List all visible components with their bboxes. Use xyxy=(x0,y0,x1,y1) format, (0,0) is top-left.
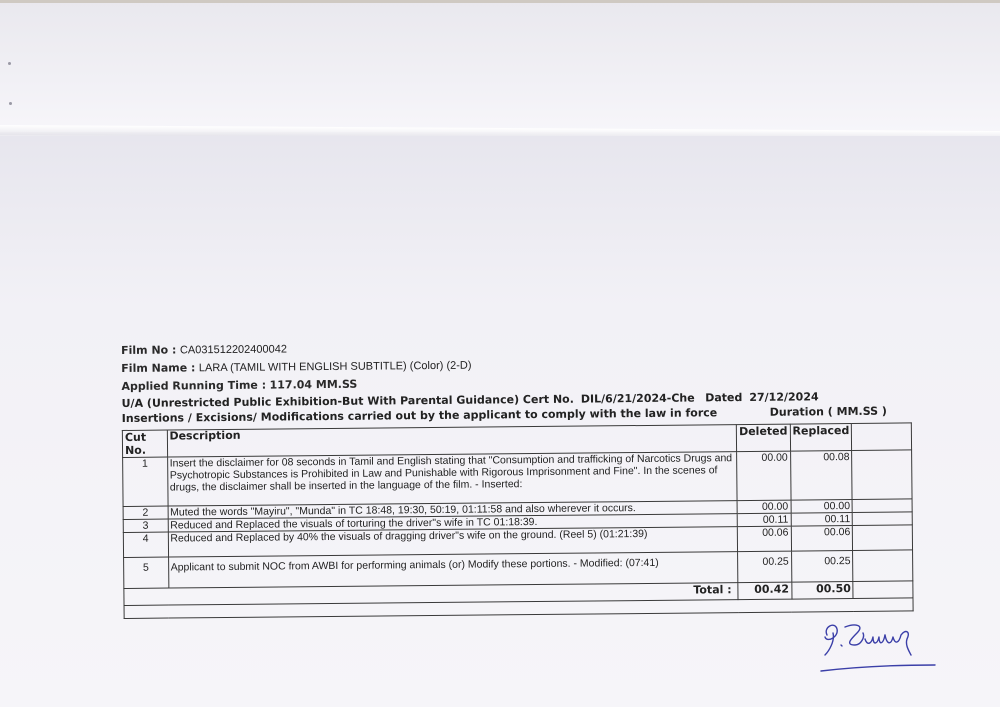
scan-speck xyxy=(9,102,12,105)
replaced-cell: 00.08 xyxy=(790,450,852,500)
replaced-cell: 00.25 xyxy=(791,550,853,582)
replaced-cell: 00.11 xyxy=(791,512,853,526)
film-no-value: CA031512202400042 xyxy=(180,343,287,356)
film-no-label: Film No : xyxy=(121,343,176,357)
running-time-label: Applied Running Time : xyxy=(121,379,266,393)
duration-heading: Duration ( MM.SS ) xyxy=(770,405,887,419)
cert-no-value: DIL/6/21/2024-Che xyxy=(581,391,695,405)
header-deleted: Deleted xyxy=(736,424,790,452)
cut-no-cell: 4 xyxy=(123,532,168,557)
empty-cell xyxy=(852,450,912,500)
description-cell: Insert the disclaimer for 08 seconds in … xyxy=(167,452,737,506)
total-deleted: 00.42 xyxy=(738,582,792,600)
replaced-cell: 00.00 xyxy=(791,499,853,513)
running-time-value: 117.04 MM.SS xyxy=(270,378,358,392)
dated-label: Dated xyxy=(705,391,742,404)
cut-no-cell: 1 xyxy=(123,457,168,506)
modifications-table: Cut No. Description Deleted Replaced 1 I… xyxy=(122,422,914,619)
header-empty xyxy=(852,423,912,451)
header-cut-no: Cut No. xyxy=(122,430,167,457)
cut-no-cell: 5 xyxy=(124,557,169,588)
film-name-value: LARA (TAMIL WITH ENGLISH SUBTITLE) (Colo… xyxy=(199,360,472,375)
scan-speck xyxy=(8,62,11,65)
deleted-cell: 00.25 xyxy=(738,551,792,583)
total-replaced: 00.50 xyxy=(791,581,853,599)
empty-cell xyxy=(853,581,913,599)
deleted-cell: 00.00 xyxy=(737,500,791,514)
cut-no-cell: 2 xyxy=(123,506,168,519)
film-name-label: Film Name : xyxy=(121,361,195,375)
table-row: 1 Insert the disclaimer for 08 seconds i… xyxy=(123,450,912,507)
signature-icon xyxy=(815,615,940,675)
deleted-cell: 00.11 xyxy=(737,513,791,527)
empty-cell xyxy=(853,550,913,582)
header-replaced: Replaced xyxy=(790,423,852,451)
dated-value: 27/12/2024 xyxy=(749,390,818,404)
empty-cell xyxy=(852,499,912,513)
certificate-modifications-section: Film No : CA031512202400042 Film Name : … xyxy=(121,334,924,619)
cut-no-cell: 3 xyxy=(123,519,168,532)
deleted-cell: 00.00 xyxy=(737,451,791,501)
deleted-cell: 00.06 xyxy=(737,526,791,552)
empty-cell xyxy=(853,512,913,526)
replaced-cell: 00.06 xyxy=(791,525,853,551)
scan-top-sheet xyxy=(0,0,1000,132)
empty-cell xyxy=(853,525,913,551)
